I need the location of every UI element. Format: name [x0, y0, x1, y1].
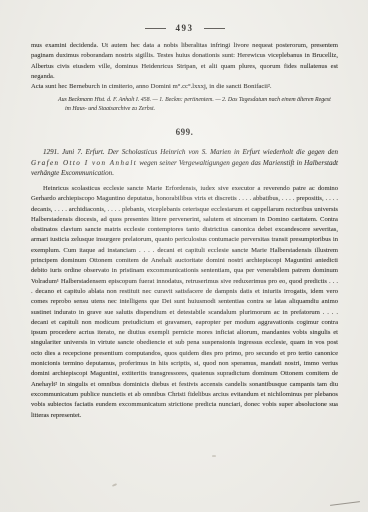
header-rule-right: [204, 28, 225, 29]
entry-body-text: Heinricus scolasticus ecclesie sancte Ma…: [31, 184, 338, 421]
heading-text-lead: 1291. Juni 7. Erfurt. Der Scholasticus H…: [43, 148, 338, 156]
header-rule-left: [145, 28, 166, 29]
entry-number: 699.: [31, 127, 338, 137]
page-header: 493: [31, 23, 338, 33]
scan-smudge: [212, 455, 216, 457]
page-number: 493: [176, 23, 194, 33]
heading-emphasized-name: Grafen Otto I von Anhalt: [31, 159, 137, 167]
entry-699: 699. 1291. Juni 7. Erfurt. Der Scholasti…: [31, 127, 338, 421]
page-content: 493 mus examini decidenda. Ut autem hec …: [0, 0, 368, 421]
scan-smudge: [112, 483, 117, 487]
previous-entry-continuation: mus examini decidenda. Ut autem hec data…: [31, 41, 338, 113]
continuation-paragraph: mus examini decidenda. Ut autem hec data…: [31, 41, 338, 82]
acta-paragraph: Acta sunt hec Berneburch in cimiterio, a…: [31, 82, 338, 92]
scan-artifact-line: [330, 501, 360, 506]
scanned-book-page: 493 mus examini decidenda. Ut autem hec …: [0, 0, 368, 512]
source-note: Aus Beckmann Hist. d. F. Anhalt I. 458. …: [65, 96, 332, 112]
entry-heading: 1291. Juni 7. Erfurt. Der Scholasticus H…: [31, 147, 338, 179]
